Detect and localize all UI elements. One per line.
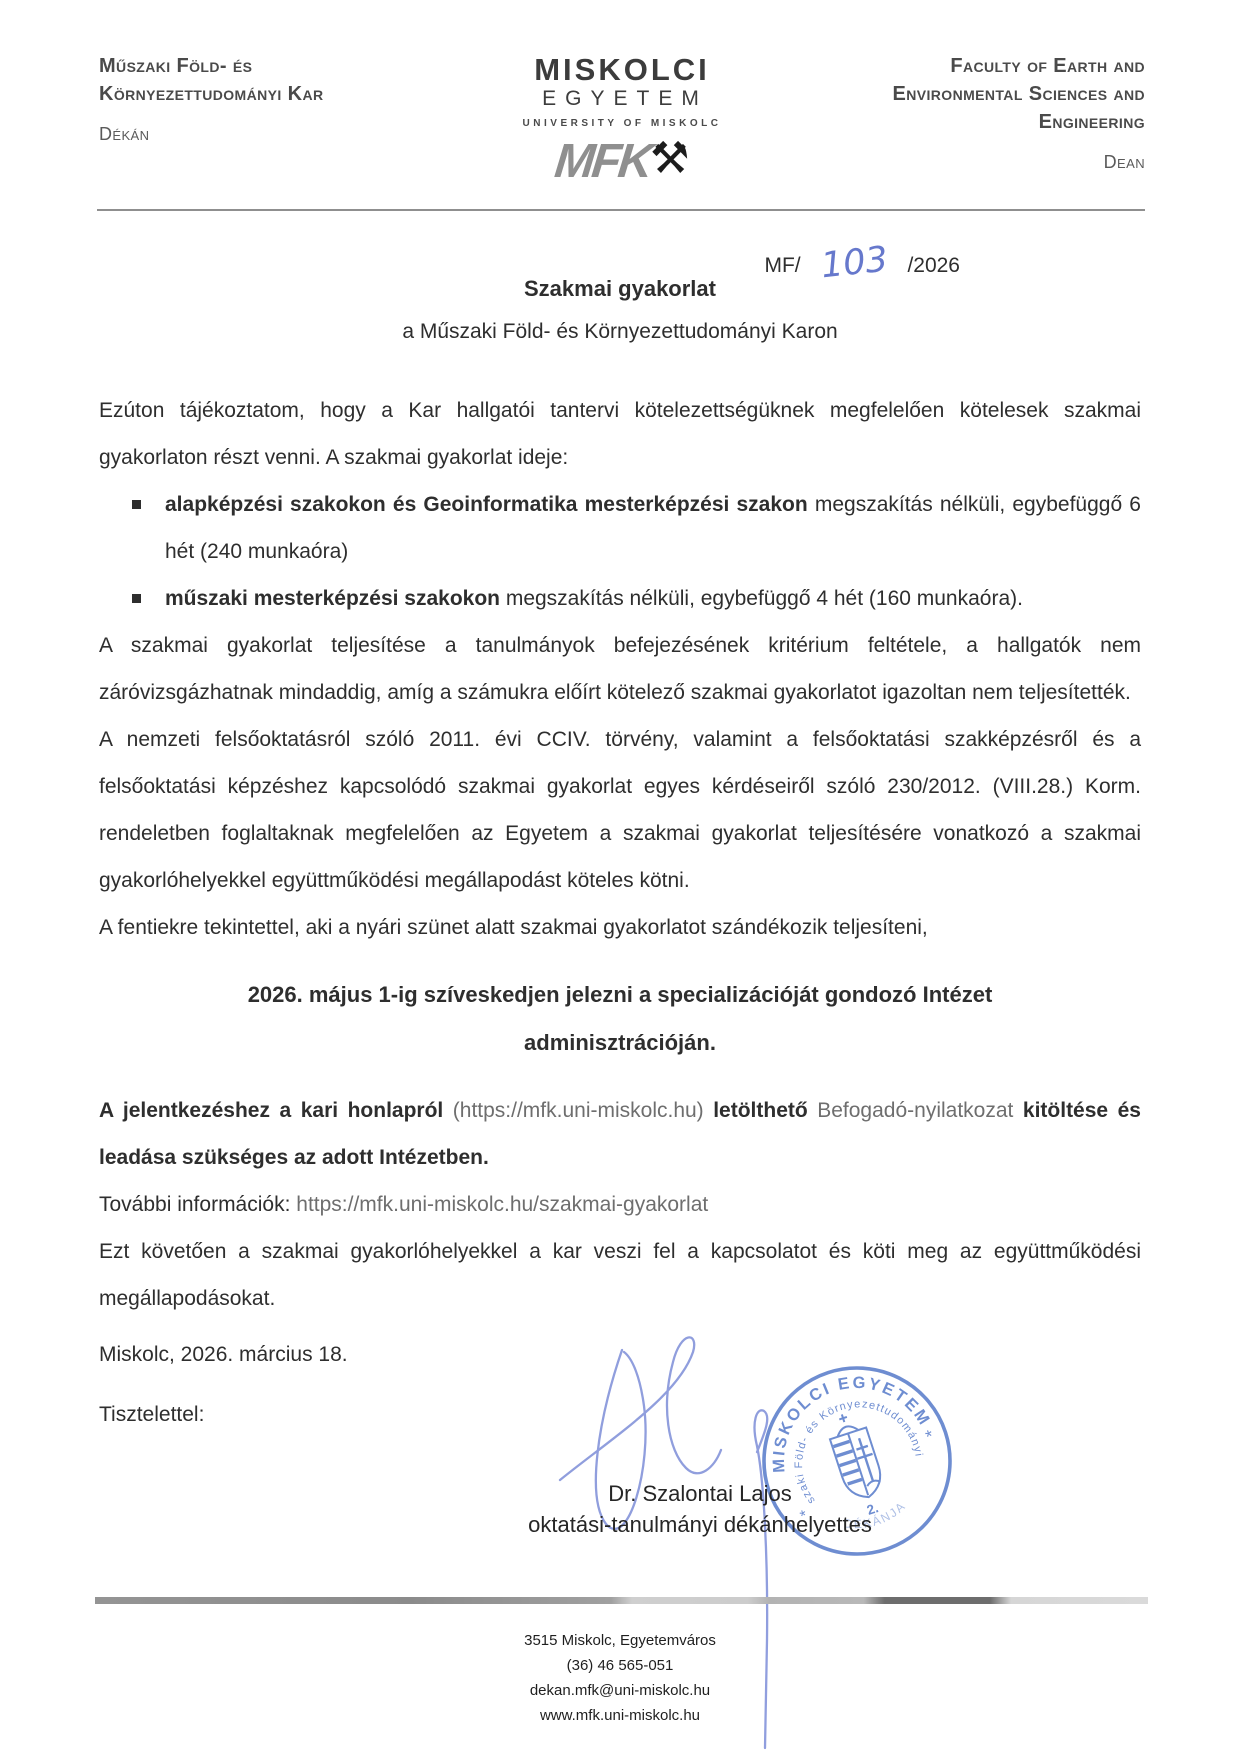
university-logo: MISKOLCI EGYETEM UNIVERSITY OF MISKOLC M… xyxy=(497,52,747,189)
document-subtitle: a Műszaki Föld- és Környezettudományi Ka… xyxy=(0,319,1240,345)
paragraph-application: A jelentkezéshez a kari honlapról (https… xyxy=(99,1087,1141,1181)
declaration-document-name: Befogadó-nyilatkozat xyxy=(817,1099,1013,1122)
paragraph-lead-in: A fentiekre tekintettel, aki a nyári szü… xyxy=(99,904,1141,951)
footer-phone: (36) 46 565-051 xyxy=(0,1653,1240,1678)
footer-website: www.mfk.uni-miskolc.hu xyxy=(0,1703,1240,1728)
paragraph-agreements: Ezt követően a szakmai gyakorlóhelyekkel… xyxy=(99,1228,1141,1322)
reference-prefix: MF/ xyxy=(764,254,800,277)
letterhead: Műszaki Föld- és Környezettudományi Kar … xyxy=(0,0,1240,189)
letter-page: Műszaki Föld- és Környezettudományi Kar … xyxy=(0,0,1240,1753)
more-info-url: https://mfk.uni-miskolc.hu/szakmai-gyako… xyxy=(296,1193,708,1216)
paragraph-more-info: További információk: https://mfk.uni-mis… xyxy=(99,1181,1141,1228)
list-item: műszaki mesterképzési szakokon megszakít… xyxy=(99,575,1141,622)
signer-role: oktatási-tanulmányi dékánhelyettes xyxy=(480,1509,920,1540)
letter-body: Ezúton tájékoztatom, hogy a Kar hallgató… xyxy=(99,387,1141,1438)
application-bold-2: letölthető xyxy=(704,1099,818,1122)
footer-email: dekan.mfk@uni-miskolc.hu xyxy=(0,1678,1240,1703)
application-bold-1: A jelentkezéshez a kari honlapról xyxy=(99,1099,453,1122)
crossed-hammers-icon: ⚒ xyxy=(650,134,689,183)
logo-university-en: UNIVERSITY OF MISKOLC xyxy=(497,118,747,129)
letterhead-left: Műszaki Föld- és Környezettudományi Kar … xyxy=(99,52,409,145)
faculty-name-en: Faculty of Earth and Environmental Scien… xyxy=(835,52,1145,136)
paragraph-intro: Ezúton tájékoztatom, hogy a Kar hallgató… xyxy=(99,387,1141,481)
closing-salutation: Tisztelettel: xyxy=(99,1391,1141,1438)
date-line: Miskolc, 2026. március 18. xyxy=(99,1331,1141,1378)
mfk-logo-text: MFK xyxy=(552,134,653,189)
paragraph-criterion: A szakmai gyakorlat teljesítése a tanulm… xyxy=(99,622,1141,716)
stamp-ring-top-text: MISKOLCI EGYETEM xyxy=(752,1356,936,1478)
role-en: Dean xyxy=(835,152,1145,173)
handwritten-number: 103 xyxy=(819,240,890,287)
stamp-asterisk-right: * xyxy=(923,1426,936,1447)
document-title: Szakmai gyakorlat xyxy=(0,275,1240,303)
role-hu: Dékán xyxy=(99,124,409,145)
list-item: alapképzési szakokon és Geoinformatika m… xyxy=(99,481,1141,575)
signature-block: Dr. Szalontai Lajos oktatási-tanulmányi … xyxy=(480,1478,920,1540)
footer-divider-bar xyxy=(95,1597,1148,1604)
faculty-name-hu: Műszaki Föld- és Környezettudományi Kar xyxy=(99,52,409,108)
faculty-website-url: (https://mfk.uni-miskolc.hu) xyxy=(453,1099,704,1122)
bullet2-bold: műszaki mesterképzési szakokon xyxy=(165,587,500,610)
bullet2-rest: megszakítás nélküli, egybefüggő 4 hét (1… xyxy=(500,587,1023,610)
signer-name: Dr. Szalontai Lajos xyxy=(480,1478,920,1509)
letterhead-right: Faculty of Earth and Environmental Scien… xyxy=(835,52,1145,173)
deadline-callout: 2026. május 1-ig szíveskedjen jelezni a … xyxy=(200,971,1040,1067)
paragraph-law: A nemzeti felsőoktatásról szóló 2011. év… xyxy=(99,716,1141,904)
mfk-logo: MFK ⚒ xyxy=(497,133,747,189)
reference-suffix: /2026 xyxy=(907,254,960,277)
header-divider xyxy=(97,209,1145,211)
footer-address: 3515 Miskolc, Egyetemváros xyxy=(0,1628,1240,1653)
bullet1-bold: alapképzési szakokon és Geoinformatika m… xyxy=(165,493,808,516)
footer-contact: 3515 Miskolc, Egyetemváros (36) 46 565-0… xyxy=(0,1628,1240,1728)
logo-university-line2: EGYETEM xyxy=(503,86,747,112)
logo-university-line1: MISKOLCI xyxy=(497,54,747,86)
svg-text:MISKOLCI EGYETEM: MISKOLCI EGYETEM xyxy=(752,1356,936,1478)
more-info-label: További információk: xyxy=(99,1193,296,1216)
